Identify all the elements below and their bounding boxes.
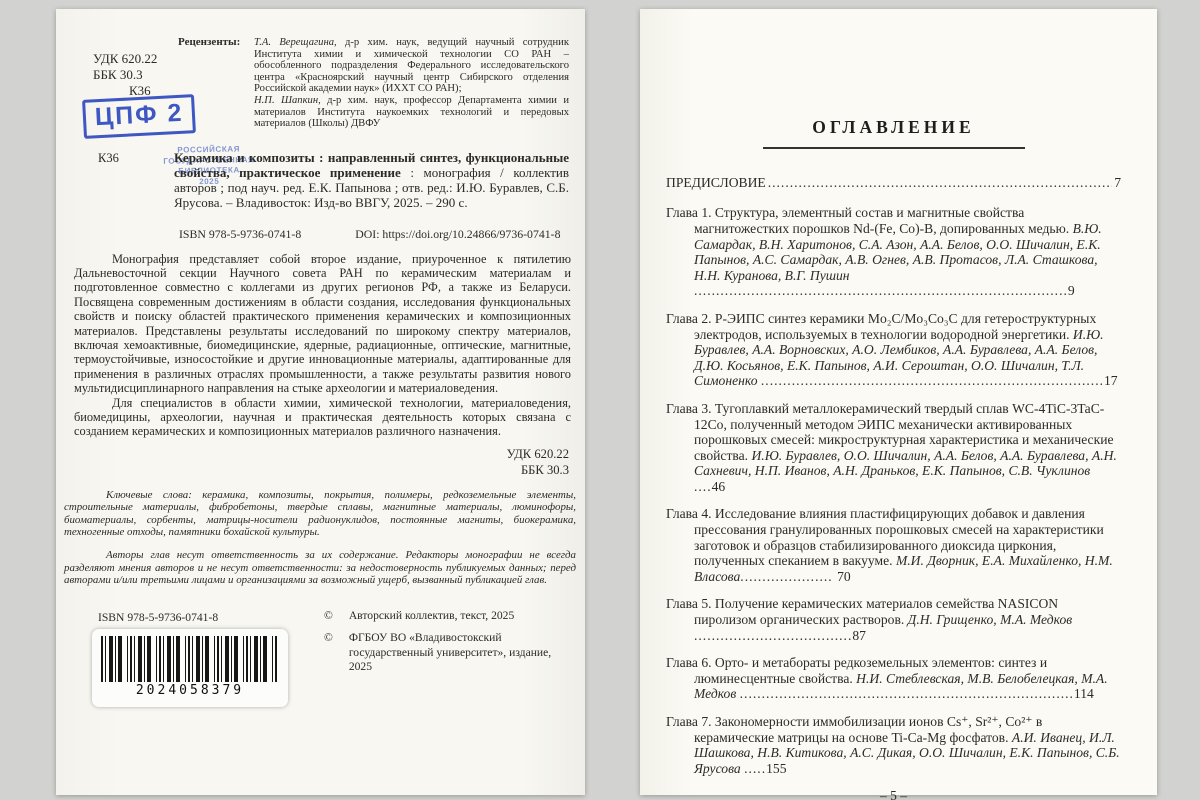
toc-entry: Глава 6. Орто- и метабораты редкоземельн… (666, 655, 1121, 702)
chapter-title: Глава 2. Р-ЭИПС синтез керамики Mo₂C/Mo₃… (666, 311, 1096, 342)
keywords: Ключевые слова: керамика, композиты, пок… (64, 489, 576, 539)
reviewer-name: Н.П. Шапкин, (254, 95, 321, 106)
imprint-footer: ISBN 978-5-9736-0741-8 ©Авторский коллек… (56, 609, 585, 719)
toc-entry: Глава 7. Закономерности иммобилизации ио… (666, 714, 1121, 776)
toc-page-ref: 87 (852, 628, 866, 643)
toc-heading: ОГЛАВЛЕНИЕ (666, 117, 1121, 138)
dot-leader: ........................................… (768, 175, 1112, 191)
toc-preface: ПРЕДИСЛОВИЕ ............................… (666, 175, 1121, 191)
chapter-title: Глава 7. Закономерности иммобилизации ио… (666, 714, 1042, 745)
dot-leader: ..................... (740, 569, 837, 584)
reviewer-entry: Н.П. Шапкин, д-р хим. наук, профессор Де… (254, 95, 569, 130)
udk-number: УДК 620.22 (56, 446, 569, 462)
chapter-authors: Д.Н. Грищенко, М.А. Медков (908, 612, 1073, 627)
doi: DOI: https://doi.org/10.24866/9736-0741-… (355, 227, 560, 242)
toc-page: ОГЛАВЛЕНИЕ ПРЕДИСЛОВИЕ .................… (640, 9, 1157, 795)
imprint-page: УДК 620.22 ББК 30.3 К36 ЦПФ 2 РОССИЙСКАЯ… (56, 9, 585, 795)
page-number: – 5 – (666, 788, 1121, 800)
toc-entry: Глава 3. Тугоплавкий металлокерамический… (666, 401, 1121, 495)
dot-leader: ..... (744, 761, 766, 776)
reviewer-name: Т.А. Верещагина, (254, 37, 337, 48)
reviewers-block: Рецензенты: Т.А. Верещагина, д-р хим. на… (254, 37, 569, 130)
barcode-number: 2024058379 (101, 683, 279, 698)
copyright-block: ©Авторский коллектив, текст, 2025 ©ФГБОУ… (324, 609, 562, 683)
toc-entry: Глава 1. Структура, элементный состав и … (666, 205, 1121, 299)
toc-page-ref: 114 (1074, 686, 1094, 701)
copyright-icon: © (324, 609, 333, 624)
copyright-entry: ©Авторский коллектив, текст, 2025 (324, 609, 562, 624)
chapter-authors: И.Ю. Буравлев, О.О. Шичалин, А.А. Белов,… (694, 448, 1117, 479)
toc-page-ref: 70 (837, 569, 851, 584)
toc-page-ref: 7 (1114, 175, 1121, 191)
toc-entry: Глава 5. Получение керамических материал… (666, 596, 1121, 643)
toc-entry: Глава 4. Исследование влияния пластифици… (666, 506, 1121, 584)
copyright-icon: © (324, 631, 333, 675)
isbn: ISBN 978-5-9736-0741-8 (179, 227, 301, 242)
cataloging-entry: К36 Керамика и композиты : направленный … (174, 150, 569, 211)
bbk-number: ББК 30.3 (56, 462, 569, 478)
dot-leader: ........................................… (694, 283, 1068, 298)
dot-leader: .... (694, 479, 712, 494)
dot-leader: .................................... (694, 628, 852, 643)
cpf-library-stamp: ЦПФ 2 (82, 94, 196, 139)
dot-leader: ........................................… (740, 686, 1074, 701)
bibliographic-description: Керамика и композиты : направленный синт… (174, 150, 569, 211)
annotation-paragraph: Для специалистов в области химии, химиче… (74, 396, 571, 439)
toc-page-ref: 155 (766, 761, 786, 776)
dot-leader: ........................................… (761, 373, 1104, 388)
toc-page-ref: 17 (1104, 373, 1118, 388)
annotation-paragraph: Монография представляет собой второе изд… (74, 252, 571, 396)
isbn-bottom: ISBN 978-5-9736-0741-8 (98, 611, 218, 624)
classification-block-right: УДК 620.22 ББК 30.3 (56, 446, 569, 478)
heading-rule (763, 147, 1025, 149)
barcode-sticker: 2024058379 (92, 629, 288, 707)
barcode-icon (101, 636, 279, 682)
chapter-title: Глава 1. Структура, элементный состав и … (666, 205, 1073, 236)
copyright-entry: ©ФГБОУ ВО «Владивостокский государственн… (324, 631, 562, 675)
toc-page-ref: 9 (1068, 283, 1075, 298)
toc-entry: Глава 2. Р-ЭИПС синтез керамики Mo₂C/Mo₃… (666, 311, 1121, 389)
toc-preface-label: ПРЕДИСЛОВИЕ (666, 175, 766, 191)
classification-code: К36 (98, 151, 119, 166)
reviewers-label: Рецензенты: (178, 37, 240, 49)
authors-disclaimer: Авторы глав несут ответственность за их … (64, 549, 576, 586)
toc-page-ref: 46 (712, 479, 726, 494)
reviewer-entry: Т.А. Верещагина, д-р хим. наук, ведущий … (254, 37, 569, 95)
isbn-doi-row: ISBN 978-5-9736-0741-8 DOI: https://doi.… (179, 227, 585, 242)
